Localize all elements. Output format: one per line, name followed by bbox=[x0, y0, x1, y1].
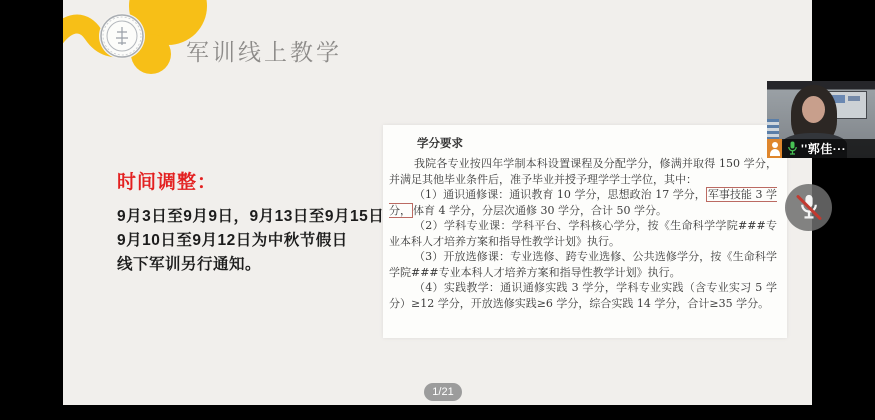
microphone-active-icon bbox=[787, 141, 798, 156]
mute-microphone-button[interactable] bbox=[785, 184, 832, 231]
participant-name-bar: ''郭佳··· bbox=[767, 139, 875, 158]
university-seal-icon bbox=[98, 12, 146, 60]
shared-slide: 军训线上教学 时间调整： 9月3日至9月9日，9月13日至9月15日 9月10日… bbox=[63, 0, 812, 405]
time-adjustment-notice: 时间调整： 9月3日至9月9日，9月13日至9月15日 9月10日至9月12日为… bbox=[117, 167, 417, 277]
participant-name-label: ''郭佳··· bbox=[801, 140, 846, 157]
meeting-window: 军训线上教学 时间调整： 9月3日至9月9日，9月13日至9月15日 9月10日… bbox=[0, 0, 875, 420]
notice-line-2: 9月10日至9月12日为中秋节假日 bbox=[117, 229, 417, 253]
document-heading: 学分要求 bbox=[417, 135, 777, 151]
notice-line-1: 9月3日至9月9日，9月13日至9月15日 bbox=[117, 205, 417, 229]
notice-line-3: 线下军训另行通知。 bbox=[117, 253, 417, 277]
document-item-2: （2）学科专业课：学科平台、学科核心学分，按《生命科学学院###专业本科人才培养… bbox=[389, 218, 777, 249]
item1-text-pre: （1）通识通修课：通识教育 10 学分，思想政治 17 学分， bbox=[414, 188, 706, 201]
document-item-1: （1）通识通修课：通识教育 10 学分，思想政治 17 学分，军事技能 3 学分… bbox=[389, 187, 777, 218]
document-intro: 我院各专业按四年学制本科设置课程及分配学分，修满并取得 150 学分，并满足其他… bbox=[389, 156, 777, 187]
document-item-3: （3）开放选修课：专业选修、跨专业选修、公共选修学分，按《生命科学学院###专业… bbox=[389, 249, 777, 280]
participant-avatar-icon bbox=[767, 139, 782, 158]
slide-title: 军训线上教学 bbox=[186, 34, 342, 67]
item1-text-post: 体育 4 学分，分层次通修 30 学分，合计 50 学分。 bbox=[413, 204, 667, 217]
notice-heading: 时间调整： bbox=[117, 167, 417, 194]
credit-requirements-document: 学分要求 我院各专业按四年学制本科设置课程及分配学分，修满并取得 150 学分，… bbox=[383, 125, 787, 338]
whiteboard-mark bbox=[848, 96, 860, 101]
participant-face bbox=[802, 96, 825, 123]
participant-video-thumbnail[interactable]: ''郭佳··· bbox=[767, 81, 875, 158]
background-object bbox=[767, 119, 779, 141]
page-indicator: 1/21 bbox=[424, 383, 462, 401]
document-item-4: （4）实践教学：通识通修实践 3 学分，学科专业实践（含专业实习 5 学分）≥1… bbox=[389, 280, 777, 311]
